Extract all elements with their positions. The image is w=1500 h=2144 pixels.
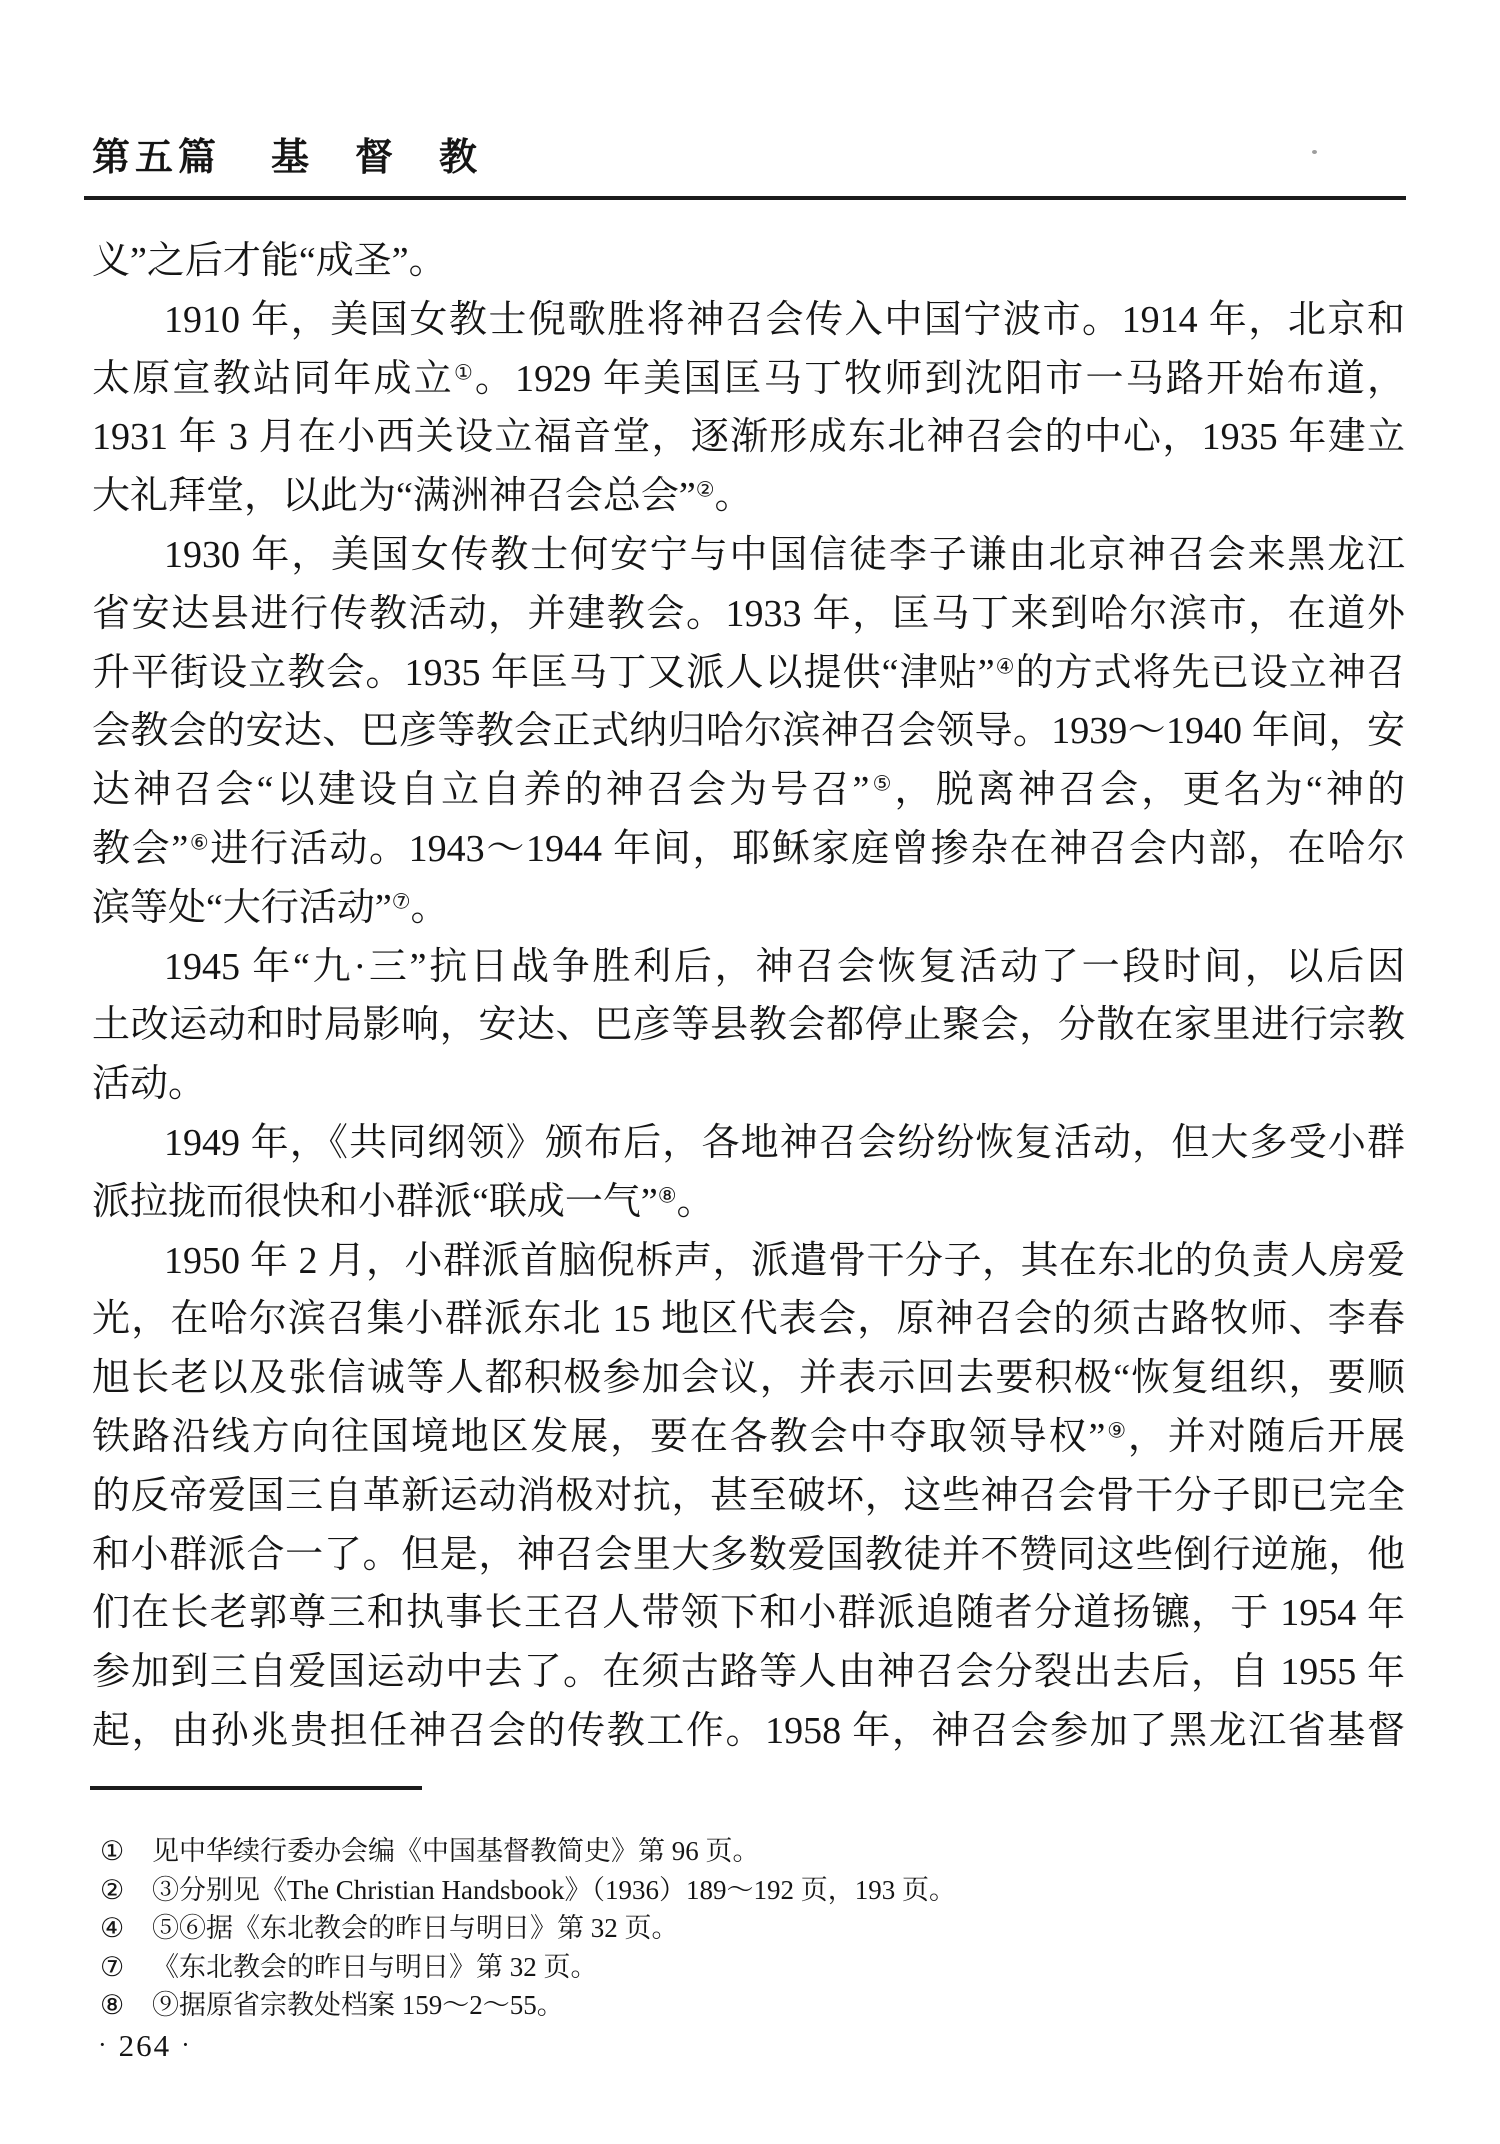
footnote-text: 见中华续行委办会编《中国基督教简史》第 96 页。 [152,1832,1410,1871]
chapter-part-label: 第五篇 [92,137,221,179]
body-line: 起，由孙兆贵担任神召会的传教工作。1958 年，神召会参加了黑龙江省基督 [92,1702,1405,1761]
body-line: 1910 年，美国女教士倪歌胜将神召会传入中国宁波市。1914 年，北京和 [92,291,1405,350]
page-number-dot: · [88,2030,119,2059]
footnote-ref: ⑦ [392,889,411,913]
body-line: 和小群派合一了。但是，神召会里大多数爱国教徒并不赞同这些倒行逆施，他 [92,1526,1405,1585]
footnote-ref: ⑤ [869,772,894,796]
footnote-ref: ② [696,478,715,502]
body-text: 义”之后才能“成圣”。1910 年，美国女教士倪歌胜将神召会传入中国宁波市。19… [92,232,1405,1761]
footnote-row: ⑦《东北教会的昨日与明日》第 32 页。 [100,1948,1410,1987]
body-line: 1949 年，《共同纲领》颁布后，各地神召会纷纷恢复活动，但大多受小群 [92,1114,1405,1173]
body-line: 参加到三自爱国运动中去了。在须古路等人由神召会分裂出去后，自 1955 年 [92,1643,1405,1702]
body-line: 达神召会“以建设自立自养的神召会为号召”⑤，脱离神召会，更名为“神的 [92,761,1405,820]
footnote-row: ②③分别见《The Christian Handsbook》（1936）189～… [100,1871,1410,1910]
body-line: 派拉拢而很快和小群派“联成一气”⑧。 [92,1173,1405,1232]
body-line: 教会”⑥进行活动。1943～1944 年间，耶稣家庭曾掺杂在神召会内部，在哈尔 [92,820,1405,879]
page-number: ·264· [88,2026,202,2065]
footnote-row: ①见中华续行委办会编《中国基督教简史》第 96 页。 [100,1832,1410,1871]
footnote-marker: ⑧ [100,1986,152,2025]
body-line: 光，在哈尔滨召集小群派东北 15 地区代表会，原神召会的须古路牧师、李春 [92,1290,1405,1349]
footnotes: ①见中华续行委办会编《中国基督教简史》第 96 页。②③分别见《The Chri… [100,1832,1410,2025]
footnote-text: ⑨据原省宗教处档案 159～2～55。 [152,1986,1410,2025]
body-line: 旭长老以及张信诚等人都积极参加会议，并表示回去要积极“恢复组织，要顺 [92,1349,1405,1408]
footnote-text: ③分别见《The Christian Handsbook》（1936）189～1… [152,1871,1410,1910]
footnote-ref: ① [454,360,475,384]
running-header: 第五篇基督教 [92,136,523,180]
footnote-marker: ④ [100,1909,152,1948]
body-line: 升平街设立教会。1935 年匡马丁又派人以提供“津贴”④的方式将先已设立神召 [92,644,1405,703]
footnote-marker: ② [100,1871,152,1910]
body-line: 1930 年，美国女传教士何安宁与中国信徒李子谦由北京神召会来黑龙江 [92,526,1405,585]
scan-speck [1312,150,1317,154]
book-page: 第五篇基督教 义”之后才能“成圣”。1910 年，美国女教士倪歌胜将神召会传入中… [0,0,1500,2144]
footnote-text: ⑤⑥据《东北教会的昨日与明日》第 32 页。 [152,1909,1410,1948]
footnote-ref: ④ [995,654,1016,678]
body-line: 省安达县进行传教活动，并建教会。1933 年，匡马丁来到哈尔滨市，在道外 [92,585,1405,644]
body-line: 土改运动和时局影响，安达、巴彦等县教会都停止聚会，分散在家里进行宗教 [92,996,1405,1055]
body-line: 们在长老郭尊三和执事长王召人带领下和小群派追随者分道扬镳，于 1954 年 [92,1584,1405,1643]
footnote-row: ⑧⑨据原省宗教处档案 159～2～55。 [100,1986,1410,2025]
page-number-value: 264 [119,2028,172,2063]
body-line: 太原宣教站同年成立①。1929 年美国匡马丁牧师到沈阳市一马路开始布道， [92,350,1405,409]
footnote-ref: ⑥ [188,830,210,854]
footnote-row: ④⑤⑥据《东北教会的昨日与明日》第 32 页。 [100,1909,1410,1948]
header-rule [84,196,1406,200]
body-line: 大礼拜堂，以此为“满洲神召会总会”②。 [92,467,1405,526]
chapter-title: 基督教 [271,137,523,179]
body-line: 铁路沿线方向往国境地区发展，要在各教会中夺取领导权”⑨，并对随后开展 [92,1408,1405,1467]
body-line: 1931 年 3 月在小西关设立福音堂，逐渐形成东北神召会的中心，1935 年建… [92,408,1405,467]
body-line: 活动。 [92,1055,1405,1114]
footnote-divider [90,1786,422,1790]
footnote-marker: ① [100,1832,152,1871]
page-number-dot: · [171,2030,202,2059]
footnote-ref: ⑨ [1105,1418,1127,1442]
footnote-text: 《东北教会的昨日与明日》第 32 页。 [152,1948,1410,1987]
body-line: 义”之后才能“成圣”。 [92,232,1405,291]
body-line: 1945 年“九·三”抗日战争胜利后，神召会恢复活动了一段时间，以后因 [92,938,1405,997]
body-line: 会教会的安达、巴彦等教会正式纳归哈尔滨神召会领导。1939～1940 年间，安 [92,702,1405,761]
body-line: 的反帝爱国三自革新运动消极对抗，甚至破坏，这些神召会骨干分子即已完全 [92,1467,1405,1526]
body-line: 1950 年 2 月，小群派首脑倪柝声，派遣骨干分子，其在东北的负责人房爱 [92,1232,1405,1291]
body-line: 滨等处“大行活动”⑦。 [92,879,1405,938]
footnote-ref: ⑧ [658,1183,677,1207]
footnote-marker: ⑦ [100,1948,152,1987]
